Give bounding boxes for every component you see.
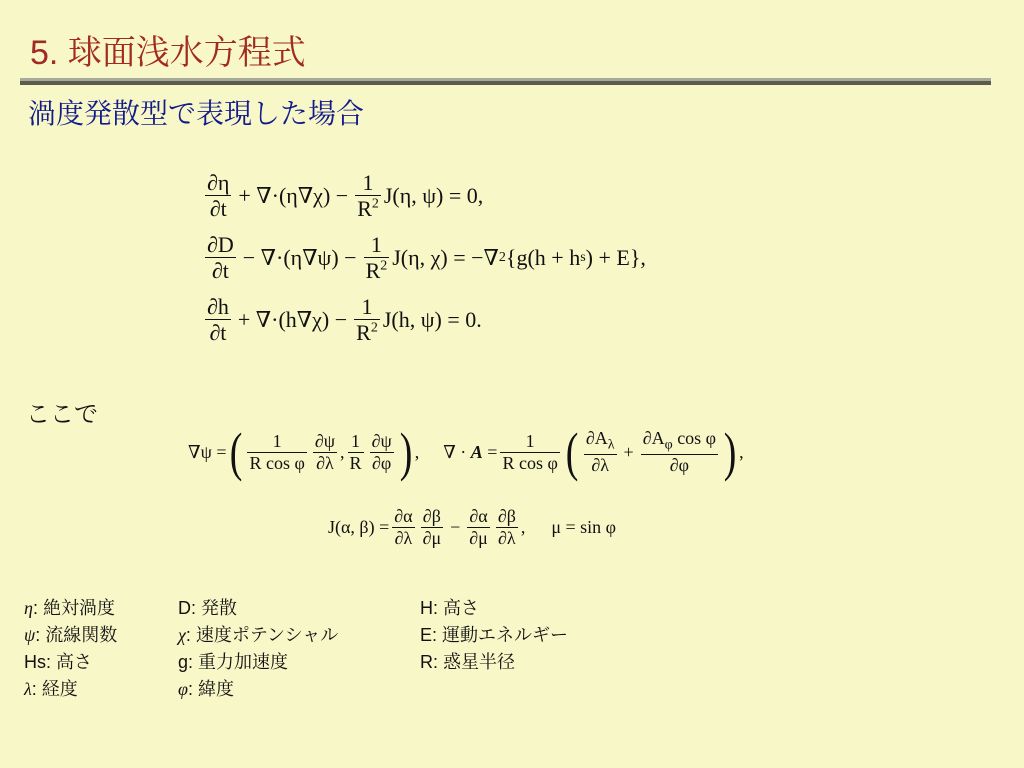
equation-height: ∂h∂t + ∇·(h∇χ) − 1R2 J(h, ψ) = 0. xyxy=(205,294,482,346)
legend-item: H: 高さ xyxy=(420,595,568,622)
slide-title: 5. 球面浅水方程式 xyxy=(30,32,306,74)
legend-item: λ: 経度 xyxy=(24,676,117,703)
legend-column-3: H: 高さ E: 運動エネルギー R: 惑星半径 xyxy=(420,595,568,676)
legend-item: η: 絶対渦度 xyxy=(24,595,117,622)
equation-system: ∂η∂t + ∇·(η∇χ) − 1R2 J(η, ψ) = 0, ∂D∂t −… xyxy=(205,170,825,360)
legend-item: χ: 速度ポテンシャル xyxy=(178,622,338,649)
legend-item: D: 発散 xyxy=(178,595,338,622)
operator-definitions: ∇ψ = ( 1R cos φ ∂ψ∂λ , 1R ∂ψ∂φ ) , ∇ · A… xyxy=(188,425,744,479)
legend-item: E: 運動エネルギー xyxy=(420,622,568,649)
gradient-definition: ∇ψ = ( 1R cos φ ∂ψ∂λ , 1R ∂ψ∂φ ) , xyxy=(188,425,419,479)
legend-column-2: D: 発散 χ: 速度ポテンシャル g: 重力加速度 φ: 緯度 xyxy=(178,595,338,703)
slide-subtitle: 渦度発散型で表現した場合 xyxy=(28,96,364,132)
legend-item: Hs: 高さ xyxy=(24,649,117,676)
jacobian-definition: J(α, β) = ∂α∂λ ∂β∂μ − ∂α∂μ ∂β∂λ , μ = si… xyxy=(328,506,616,548)
legend-column-1: η: 絶対渦度 ψ: 流線関数 Hs: 高さ λ: 経度 xyxy=(24,595,117,703)
title-divider xyxy=(20,78,991,85)
legend-item: R: 惑星半径 xyxy=(420,649,568,676)
legend-item: ψ: 流線関数 xyxy=(24,622,117,649)
here-label: ここで xyxy=(26,394,98,429)
equation-divergence: ∂D∂t − ∇·(η∇ψ) − 1R2 J(η, χ) = −∇2{g(h +… xyxy=(205,232,646,284)
divergence-definition: ∇ · A = 1R cos φ ( ∂Aλ∂λ + ∂Aφ cos φ∂φ )… xyxy=(443,425,743,479)
equation-vorticity: ∂η∂t + ∇·(η∇χ) − 1R2 J(η, ψ) = 0, xyxy=(205,170,483,222)
legend-item: φ: 緯度 xyxy=(178,676,338,703)
legend-item: g: 重力加速度 xyxy=(178,649,338,676)
